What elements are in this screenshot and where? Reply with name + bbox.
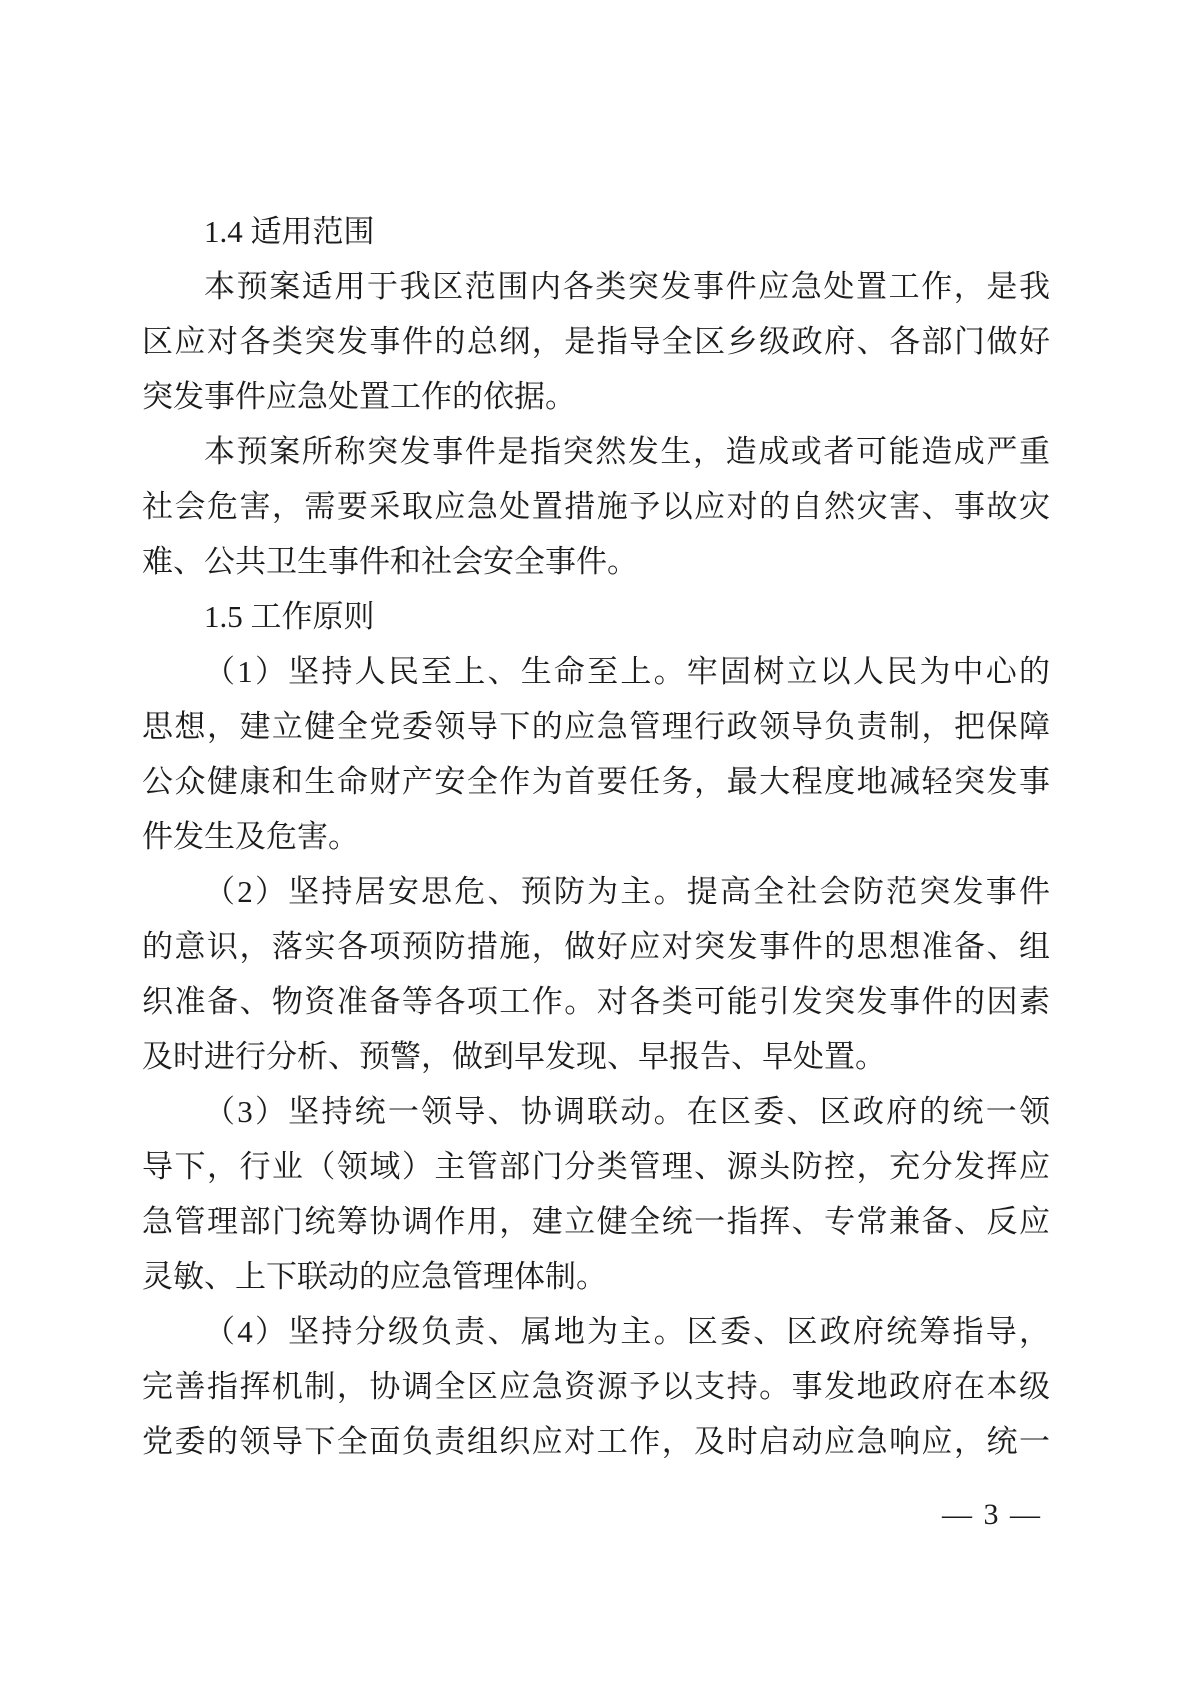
text-line: 公众健康和生命财产安全作为首要任务，最大程度地减轻突发事 — [142, 754, 1050, 809]
text-line: 及时进行分析、预警，做到早发现、早报告、早处置。 — [142, 1029, 1050, 1084]
text-line: 织准备、物资准备等各项工作。对各类可能引发突发事件的因素 — [142, 974, 1050, 1029]
text-line: （1）坚持人民至上、生命至上。牢固树立以人民为中心的 — [142, 644, 1050, 699]
text-line: （3）坚持统一领导、协调联动。在区委、区政府的统一领 — [142, 1084, 1050, 1139]
text-line: （4）坚持分级负责、属地为主。区委、区政府统筹指导， — [142, 1304, 1050, 1359]
text-line: 的意识，落实各项预防措施，做好应对突发事件的思想准备、组 — [142, 919, 1050, 974]
document-page: 1.4 适用范围 本预案适用于我区范围内各类突发事件应急处置工作，是我 区应对各… — [142, 204, 1050, 1469]
text-line: 本预案适用于我区范围内各类突发事件应急处置工作，是我 — [142, 259, 1050, 314]
text-line: 思想，建立健全党委领导下的应急管理行政领导负责制，把保障 — [142, 699, 1050, 754]
text-line: 突发事件应急处置工作的依据。 — [142, 369, 1050, 424]
text-line: （2）坚持居安思危、预防为主。提高全社会防范突发事件 — [142, 864, 1050, 919]
section-heading-1-5: 1.5 工作原则 — [142, 589, 1050, 644]
text-line: 难、公共卫生事件和社会安全事件。 — [142, 534, 1050, 589]
text-line: 件发生及危害。 — [142, 809, 1050, 864]
text-line: 党委的领导下全面负责组织应对工作，及时启动应急响应，统一 — [142, 1414, 1050, 1469]
text-line: 社会危害，需要采取应急处置措施予以应对的自然灾害、事故灾 — [142, 479, 1050, 534]
text-line: 区应对各类突发事件的总纲，是指导全区乡级政府、各部门做好 — [142, 314, 1050, 369]
text-line: 急管理部门统筹协调作用，建立健全统一指挥、专常兼备、反应 — [142, 1194, 1050, 1249]
section-heading-1-4: 1.4 适用范围 — [142, 204, 1050, 259]
text-line: 导下，行业（领域）主管部门分类管理、源头防控，充分发挥应 — [142, 1139, 1050, 1194]
text-line: 灵敏、上下联动的应急管理体制。 — [142, 1249, 1050, 1304]
text-line: 本预案所称突发事件是指突然发生，造成或者可能造成严重 — [142, 424, 1050, 479]
text-line: 完善指挥机制，协调全区应急资源予以支持。事发地政府在本级 — [142, 1359, 1050, 1414]
page-number: — 3 — — [942, 1494, 1042, 1536]
